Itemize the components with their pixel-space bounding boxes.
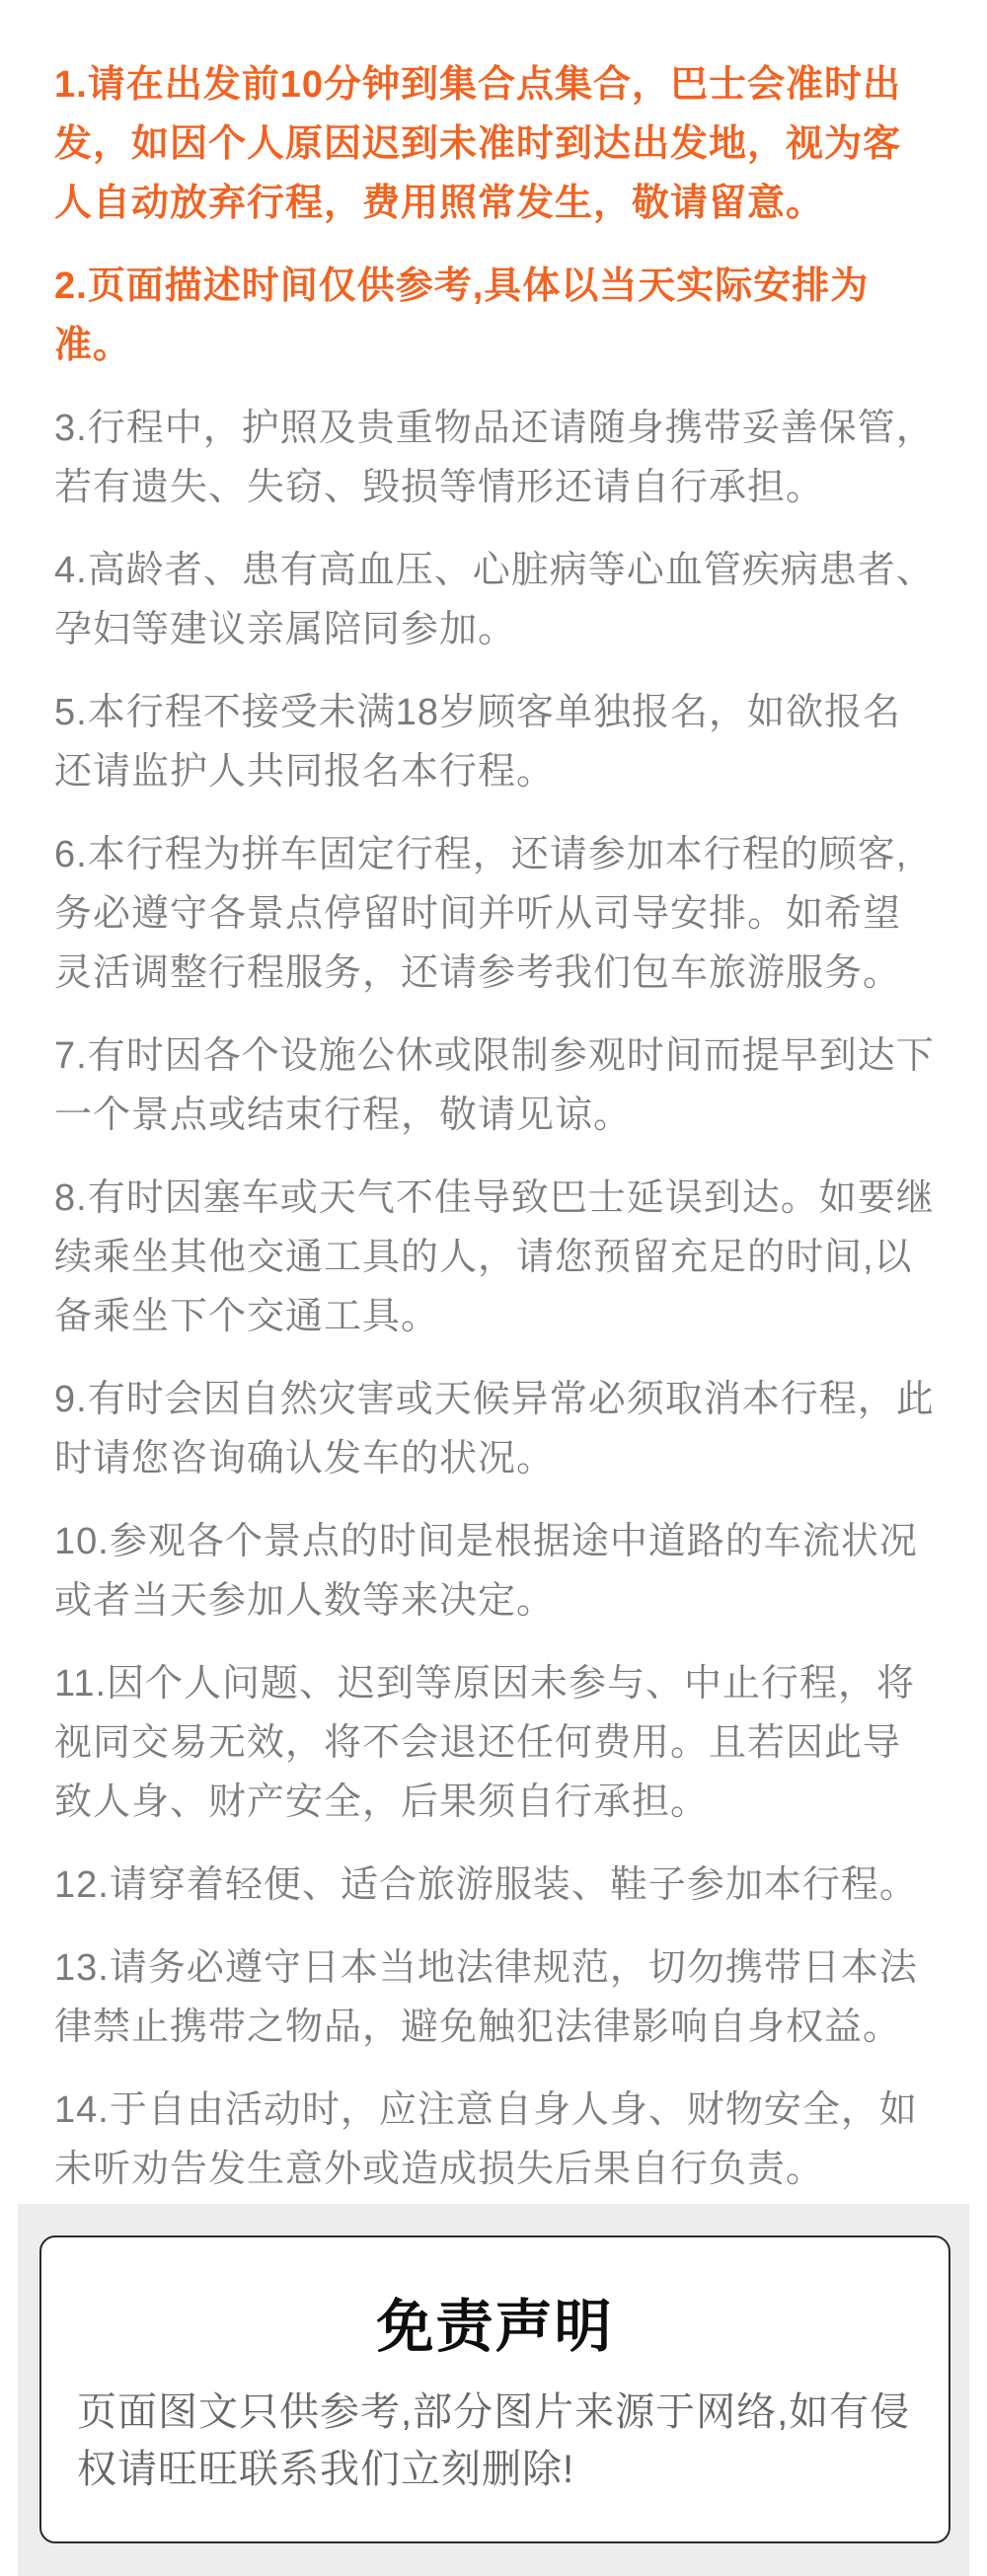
notice-item-10: 10.参观各个景点的时间是根据途中道路的车流状况或者当天参加人数等来决定。 [54,1512,938,1630]
notice-item-5: 5.本行程不接受未满18岁顾客单独报名，如欲报名还请监护人共同报名本行程。 [54,683,938,801]
notice-item-12: 12.请穿着轻便、适合旅游服装、鞋子参加本行程。 [54,1856,938,1915]
notice-item-14: 14.于自由活动时，应注意自身人身、财物安全，如未听劝告发生意外或造成损失后果自… [54,2081,938,2199]
disclaimer-body: 页面图文只供参考,部分图片来源于网络,如有侵权请旺旺联系我们立刻删除! [77,2384,913,2498]
notice-item-1: 1.请在出发前10分钟到集合点集合，巴士会准时出发，如因个人原因迟到未准时到达出… [54,55,938,233]
notice-item-8: 8.有时因塞车或天气不佳导致巴士延误到达。如要继续乘坐其他交通工具的人，请您预留… [54,1169,938,1346]
notice-item-7: 7.有时因各个设施公休或限制参观时间而提早到达下一个景点或结束行程，敬请见谅。 [54,1026,938,1145]
notice-list: 1.请在出发前10分钟到集合点集合，巴士会准时出发，如因个人原因迟到未准时到达出… [0,0,987,2199]
notice-item-2: 2.页面描述时间仅供参考,具体以当天实际安排为准。 [54,257,938,375]
disclaimer-title: 免责声明 [41,2293,949,2362]
notice-item-3: 3.行程中，护照及贵重物品还请随身携带妥善保管，若有遗失、失窃、毁损等情形还请自… [54,399,938,517]
notice-item-4: 4.高龄者、患有高血压、心脏病等心血管疾病患者、孕妇等建议亲属陪同参加。 [54,541,938,659]
disclaimer-box: 免责声明 页面图文只供参考,部分图片来源于网络,如有侵权请旺旺联系我们立刻删除! [39,2235,950,2543]
notice-item-13: 13.请务必遵守日本当地法律规范，切勿携带日本法律禁止携带之物品，避免触犯法律影… [54,1938,938,2057]
notice-item-6: 6.本行程为拼车固定行程，还请参加本行程的顾客,务必遵守各景点停留时间并听从司导… [54,825,938,1003]
disclaimer-panel: 免责声明 页面图文只供参考,部分图片来源于网络,如有侵权请旺旺联系我们立刻删除! [18,2204,969,2576]
notice-item-11: 11.因个人问题、迟到等原因未参与、中止行程，将视同交易无效，将不会退还任何费用… [54,1654,938,1832]
notice-item-9: 9.有时会因自然灾害或天候异常必须取消本行程，此时请您咨询确认发车的状况。 [54,1370,938,1488]
